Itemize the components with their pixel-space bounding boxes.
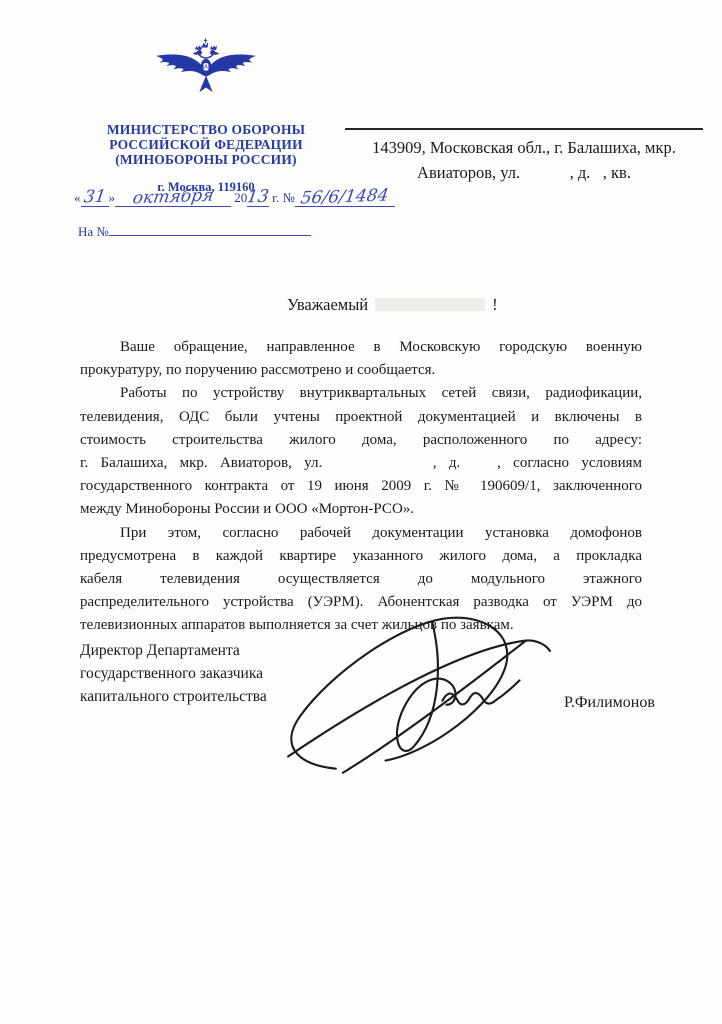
scanned-letter-page: { "colors": { "letterhead_blue": "#2439a… — [0, 0, 722, 1024]
ministry-emblem-eagle-icon — [153, 24, 259, 114]
signer-title: Директор Департамента государственного з… — [80, 639, 267, 708]
recipient-address-line1: 143909, Московская обл., г. Балашиха, мк… — [345, 135, 703, 160]
body-line: телевидения, ОДС были учтены проектной д… — [80, 406, 642, 429]
body-line: между Минобороны России и ООО «Мортон-РС… — [80, 498, 642, 521]
recipient-address-line2: Авиаторов, ул. , д. , кв. — [345, 160, 703, 185]
handwritten-signature-icon — [280, 604, 552, 774]
redacted-name-area — [375, 298, 485, 311]
body-line: г. Балашиха, мкр. Авиаторов, ул. , д. , … — [80, 452, 642, 475]
salutation-prefix: Уважаемый — [287, 295, 368, 314]
body-line: предусмотрена в каждой квартире указанно… — [80, 545, 642, 568]
ministry-name-line1: МИНИСТЕРСТВО ОБОРОНЫ — [78, 122, 334, 137]
body-line: Работы по устройству внутриквартальных с… — [80, 382, 642, 405]
signer-title-line2: государственного заказчика — [80, 662, 267, 685]
letter-body: Ваше обращение, направленное в Московску… — [80, 336, 642, 638]
body-line: стоимость строительства жилого дома, рас… — [80, 429, 642, 452]
recipient-rule — [345, 128, 703, 130]
body-line: Ваше обращение, направленное в Московску… — [80, 336, 642, 359]
handwritten-outgoing-number: 56/6/1484 — [300, 187, 390, 206]
salutation-exclamation: ! — [492, 295, 498, 314]
salutation: Уважаемый! — [287, 295, 498, 315]
handwritten-month: октября — [132, 188, 215, 207]
body-line: государственного контракта от 19 июня 20… — [80, 475, 642, 498]
handwritten-day: 31 — [82, 189, 106, 206]
ministry-name-line3: (МИНОБОРОНЫ РОССИИ) — [78, 152, 334, 167]
recipient-address-block: 143909, Московская обл., г. Балашиха, мк… — [345, 128, 703, 185]
body-line: прокуратуру, по поручению рассмотрено и … — [80, 359, 642, 382]
body-line: кабеля телевидения осуществляется до мод… — [80, 568, 642, 591]
number-label: г. № — [272, 190, 295, 205]
signer-title-line3: капитального строительства — [80, 685, 267, 708]
body-line: При этом, согласно рабочей документации … — [80, 522, 642, 545]
handwritten-year: 13 — [246, 189, 270, 206]
paragraph-1: Ваше обращение, направленное в Московску… — [80, 336, 642, 382]
incoming-reference-label: На № — [78, 224, 109, 239]
paragraph-2: Работы по устройству внутриквартальных с… — [80, 382, 642, 521]
signer-name: Р.Филимонов — [564, 694, 655, 712]
signer-title-line1: Директор Департамента — [80, 639, 267, 662]
incoming-reference-row: На № — [78, 222, 311, 240]
date-and-number-row: «31»октября 2013 г. №56/6/1484 — [74, 189, 384, 207]
incoming-reference-blank — [109, 222, 311, 236]
ministry-name-line2: РОССИЙСКОЙ ФЕДЕРАЦИИ — [78, 137, 334, 152]
ministry-name: МИНИСТЕРСТВО ОБОРОНЫ РОССИЙСКОЙ ФЕДЕРАЦИ… — [78, 122, 334, 167]
letterhead: МИНИСТЕРСТВО ОБОРОНЫ РОССИЙСКОЙ ФЕДЕРАЦИ… — [78, 24, 334, 195]
